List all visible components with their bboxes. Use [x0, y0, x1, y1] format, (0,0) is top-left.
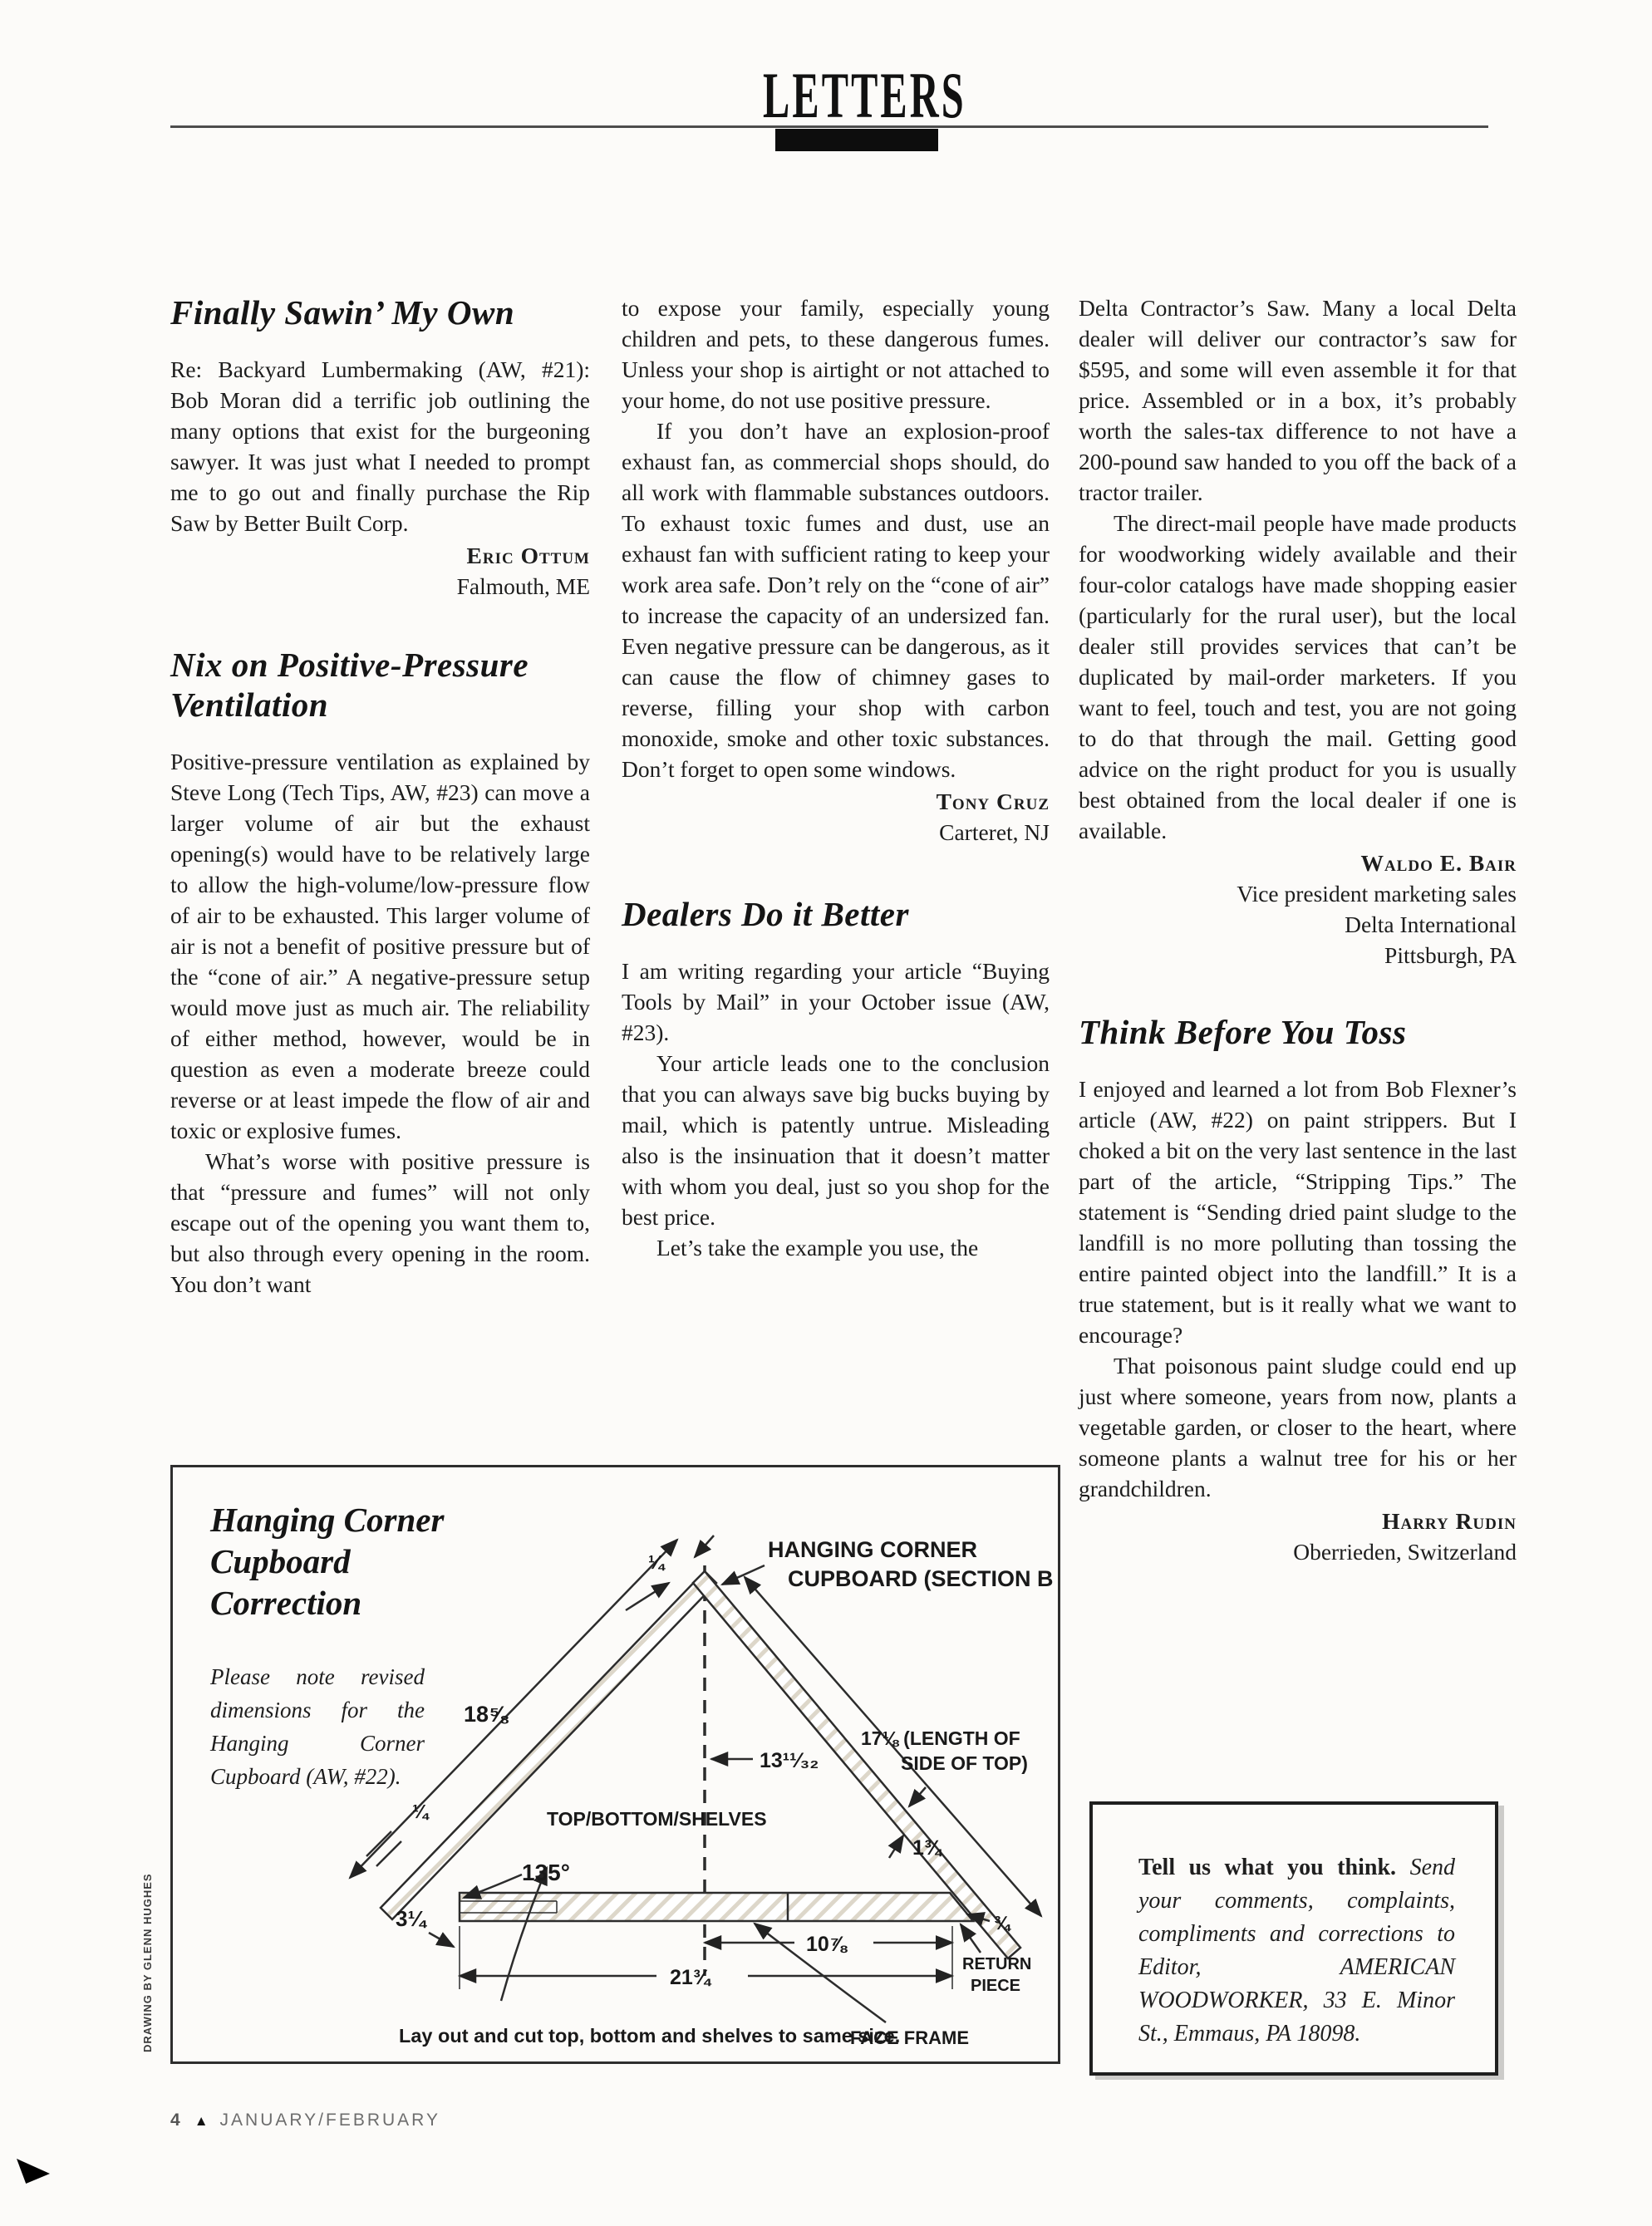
- signature-location: Pittsburgh, PA: [1079, 940, 1517, 970]
- label-return-piece: RETURN: [962, 1955, 1031, 1973]
- signature-name: Eric Ottum: [170, 540, 590, 571]
- letter-heading-think-before-toss: Think Before You Toss: [1079, 1012, 1517, 1052]
- letter-signature: Waldo E. Bair Vice president marketing s…: [1079, 848, 1517, 970]
- return-leader-arrow: [961, 1924, 981, 1953]
- letter-heading-finally-sawin: Finally Sawin’ My Own: [170, 292, 590, 332]
- letter-paragraph: What’s worse with positive pressure is t…: [170, 1146, 590, 1300]
- label-dim-17: 17⅛ (LENGTH OF: [861, 1727, 1020, 1749]
- quarter-top-arrow: [695, 1536, 714, 1557]
- label-angle: 135°: [522, 1860, 570, 1885]
- letter-paragraph: Re: Backyard Lumbermaking (AW, #21): Bob…: [170, 354, 590, 538]
- letter-paragraph: to expose your family, especially young …: [622, 292, 1050, 415]
- quarter-tick: [366, 1831, 391, 1856]
- triangle-icon: ▲: [194, 2113, 209, 2129]
- notice-lead: Tell us what you think.: [1138, 1855, 1396, 1880]
- letter-paragraph: The direct-mail people have made product…: [1079, 508, 1517, 846]
- column-3: Delta Contractor’s Saw. Many a local Del…: [1079, 292, 1517, 1567]
- bottom-face-frame-panel: [460, 1893, 973, 1921]
- signature-name: Harry Rudin: [1079, 1506, 1517, 1536]
- letter-paragraph: Let’s take the example you use, the: [622, 1232, 1050, 1263]
- signature-location: Oberrieden, Switzerland: [1079, 1536, 1517, 1567]
- notice-text: Tell us what you think. Send your commen…: [1138, 1851, 1455, 2051]
- label-full-width: 21¾: [670, 1966, 712, 1989]
- letter-heading-dealers: Dealers Do it Better: [622, 894, 1050, 934]
- label-dim-17: SIDE OF TOP): [901, 1752, 1028, 1774]
- label-height: 13¹¹⁄₃₂: [760, 1749, 819, 1772]
- label-half-width: 10⅞: [806, 1933, 848, 1956]
- letter-paragraph: Your article leads one to the conclusion…: [622, 1048, 1050, 1232]
- tell-us-notice-box: Tell us what you think. Send your commen…: [1089, 1801, 1498, 2076]
- caption-leader-arrow: [501, 1868, 547, 2001]
- label-return-width: ¾: [994, 1912, 1011, 1934]
- label-frame-width: 1¾: [912, 1836, 943, 1860]
- letter-paragraph: I am writing regarding your article “Buy…: [622, 956, 1050, 1048]
- signature-name: Waldo E. Bair: [1079, 848, 1517, 878]
- signature-title: Vice president marketing sales: [1079, 878, 1517, 909]
- column-1: Finally Sawin’ My Own Re: Backyard Lumbe…: [170, 292, 590, 1300]
- label-quarter-top: ¼: [648, 1551, 666, 1573]
- signature-location: Carteret, NJ: [622, 817, 1050, 848]
- label-section: CUPBOARD (SECTION B): [788, 1566, 1053, 1591]
- frame-width-arrow: [909, 1787, 926, 1806]
- notice-body: Send your comments, complaints, complime…: [1138, 1855, 1455, 2047]
- label-section: HANGING CORNER: [768, 1537, 977, 1562]
- letter-heading-nix-ventilation: Nix on Positive-Pressure Ventilation: [170, 645, 590, 725]
- signature-company: Delta International: [1079, 909, 1517, 940]
- letter-paragraph: That poisonous paint sludge could end up…: [1079, 1350, 1517, 1504]
- letter-paragraph: I enjoyed and learned a lot from Bob Fle…: [1079, 1074, 1517, 1350]
- header-black-bar: [775, 129, 938, 151]
- label-return-piece: PIECE: [971, 1977, 1020, 1995]
- scan-artifact-mark: [17, 2159, 50, 2184]
- drawing-credit: DRAWING BY GLENN HUGHES: [141, 1766, 154, 2052]
- frame-width-arrow: [889, 1835, 903, 1858]
- letter-paragraph: Delta Contractor’s Saw. Many a local Del…: [1079, 292, 1517, 508]
- signature-name: Tony Cruz: [622, 786, 1050, 817]
- page-footer: 4▲JANUARY/FEBRUARY: [170, 2111, 440, 2130]
- figure-caption: Lay out and cut top, bottom and shelves …: [399, 2025, 900, 2047]
- letter-signature: Tony Cruz Carteret, NJ: [622, 786, 1050, 848]
- page-title: LETTERS: [763, 63, 966, 128]
- label-dim-18: 18⅝: [464, 1702, 509, 1727]
- letter-signature: Harry Rudin Oberrieden, Switzerland: [1079, 1506, 1517, 1567]
- letter-paragraph: If you don’t have an explosion-proof exh…: [622, 415, 1050, 784]
- letter-paragraph: Positive-pressure ventilation as explain…: [170, 746, 590, 1146]
- letter-signature: Eric Ottum Falmouth, ME: [170, 540, 590, 602]
- signature-location: Falmouth, ME: [170, 571, 590, 602]
- section-leader-arrow: [722, 1565, 765, 1585]
- column-2: to expose your family, especially young …: [622, 292, 1050, 1263]
- figure-hanging-corner-cupboard: Hanging Corner Cupboard Correction Pleas…: [170, 1465, 1060, 2064]
- offset-arrow: [429, 1933, 454, 1947]
- cupboard-section-diagram: HANGING CORNER CUPBOARD (SECTION B) 18⅝ …: [173, 1467, 1053, 2056]
- page-number: 4: [170, 2111, 183, 2130]
- magazine-letters-page: LETTERS Finally Sawin’ My Own Re: Backya…: [0, 0, 1652, 2226]
- label-parts: TOP/BOTTOM/SHELVES: [547, 1808, 767, 1830]
- label-left-offset: 3¼: [396, 1906, 427, 1931]
- issue-label: JANUARY/FEBRUARY: [220, 2111, 440, 2130]
- label-quarter-left: ¼: [412, 1801, 430, 1822]
